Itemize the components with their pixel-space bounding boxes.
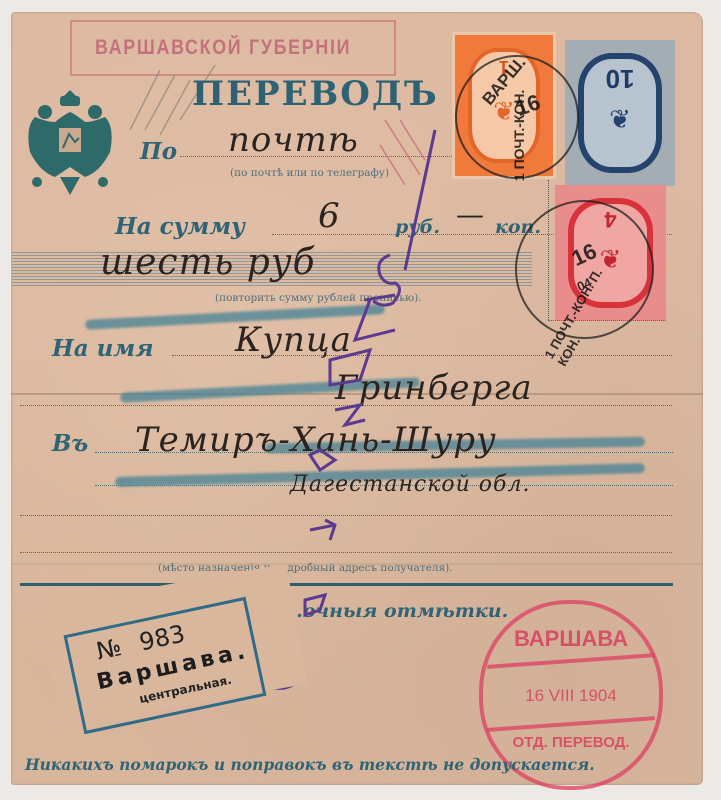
registration-number: 983 [137,620,188,657]
registration-number-prefix: № [94,633,124,666]
by-label: По [140,138,177,165]
amount-label: На сумму [115,213,245,240]
province-stamp-text: ВАРШАВСКОЙ ГУБЕРНІИ [95,36,351,60]
double-headed-eagle-icon [15,82,125,202]
eagle-icon: ❦ [609,105,631,135]
red-cancel-city: ВАРШАВА [483,626,659,652]
amount-kop-value[interactable]: — [456,198,485,231]
destination-label: Въ [52,430,88,457]
red-cancel-date: 16 VIII 1904 [483,686,659,706]
recipient-label: На имя [52,335,154,362]
postmark-lower: 16 04 1 ПОЧТ.-КОН. П. КОН. [515,200,654,339]
form-title: ПЕРЕВОДЪ [192,74,439,114]
footer-notice: Никакихъ помарокъ и поправокъ въ текстѣ … [25,755,595,774]
stamp-denomination: 10 [568,63,672,94]
stamp-10-kop: 10 ❦ [565,40,675,186]
red-cancel-bottom: ОТД. ПЕРЕВОД. [483,734,659,751]
